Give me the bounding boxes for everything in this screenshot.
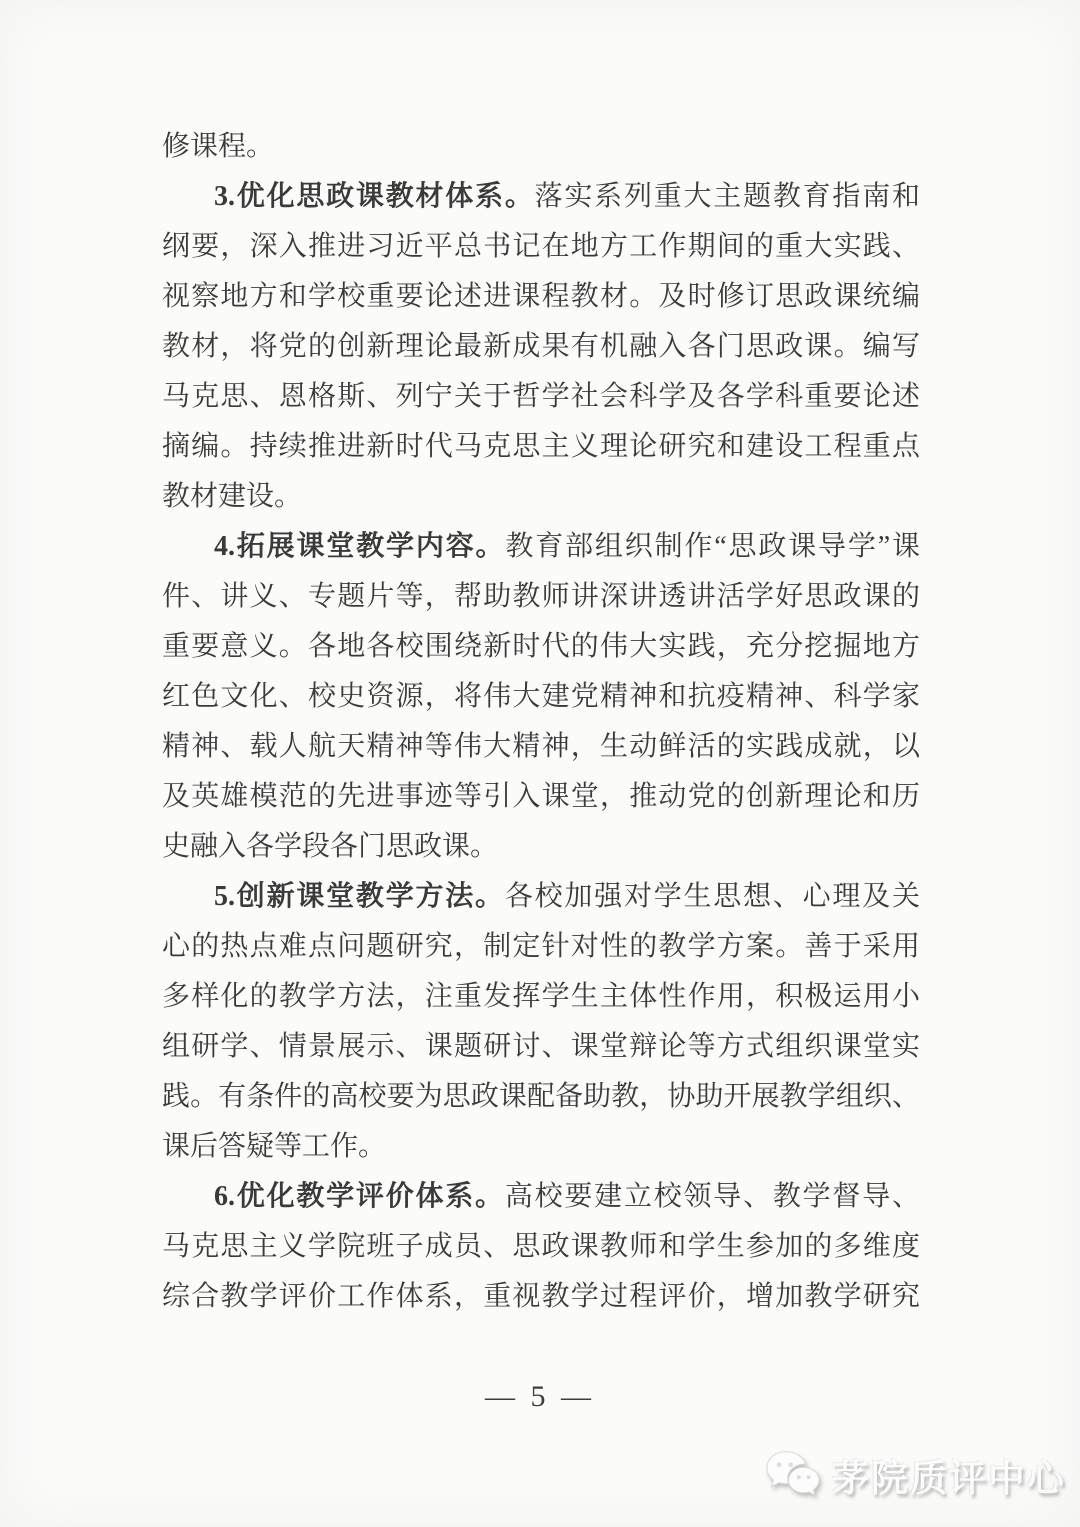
page-number: — 5 — [0, 1380, 1080, 1414]
text-line: 纲要，深入推进习近平总书记在地方工作期间的重大实践、 [162, 222, 920, 272]
paragraph-text: 落实系列重大主题教育指南和 [535, 181, 920, 212]
text-line: 及英雄模范的先进事迹等引入课堂，推动党的创新理论和历 [162, 772, 920, 822]
paragraph-text: 教育部组织制作“思政课导学”课 [505, 531, 920, 562]
text-line: 课后答疑等工作。 [162, 1122, 920, 1172]
paragraph-lead: 5.创新课堂教学方法。 [214, 881, 505, 912]
text-line: 修课程。 [162, 122, 920, 172]
text-line: 重要意义。各地各校围绕新时代的伟大实践，充分挖掘地方 [162, 622, 920, 672]
text-line: 精神、载人航天精神等伟大精神，生动鲜活的实践成就，以 [162, 722, 920, 772]
paragraph-lead: 4.拓展课堂教学内容。 [214, 531, 505, 562]
text-line: 组研学、情景展示、课题研讨、课堂辩论等方式组织课堂实 [162, 1022, 920, 1072]
text-line: 3.优化思政课教材体系。落实系列重大主题教育指南和 [162, 172, 920, 222]
text-line: 6.优化教学评价体系。高校要建立校领导、教学督导、 [162, 1172, 920, 1222]
document-page: 修课程。 3.优化思政课教材体系。落实系列重大主题教育指南和 纲要，深入推进习近… [0, 0, 1080, 1527]
paragraph-lead: 3.优化思政课教材体系。 [214, 181, 535, 212]
text-line: 马克思主义学院班子成员、思政课教师和学生参加的多维度 [162, 1222, 920, 1272]
text-line: 马克思、恩格斯、列宁关于哲学社会科学及各学科重要论述 [162, 372, 920, 422]
wechat-icon [764, 1449, 822, 1501]
text-line: 4.拓展课堂教学内容。教育部组织制作“思政课导学”课 [162, 522, 920, 572]
text-line: 红色文化、校史资源，将伟大建党精神和抗疫精神、科学家 [162, 672, 920, 722]
text-line: 史融入各学段各门思政课。 [162, 822, 920, 872]
paragraph-lead: 6.优化教学评价体系。 [214, 1181, 505, 1212]
text-line: 心的热点难点问题研究，制定针对性的教学方案。善于采用 [162, 922, 920, 972]
watermark: 茅院质评中心 [764, 1448, 1066, 1502]
text-line: 践。有条件的高校要为思政课配备助教，协助开展教学组织、 [162, 1072, 920, 1122]
document-text-block: 修课程。 3.优化思政课教材体系。落实系列重大主题教育指南和 纲要，深入推进习近… [162, 122, 920, 1322]
paragraph-text: 各校加强对学生思想、心理及关 [505, 881, 920, 912]
text-line: 教材建设。 [162, 472, 920, 522]
text-line: 教材，将党的创新理论最新成果有机融入各门思政课。编写 [162, 322, 920, 372]
text-line: 件、讲义、专题片等，帮助教师讲深讲透讲活学好思政课的 [162, 572, 920, 622]
text-line: 摘编。持续推进新时代马克思主义理论研究和建设工程重点 [162, 422, 920, 472]
text-line: 多样化的教学方法，注重发挥学生主体性作用，积极运用小 [162, 972, 920, 1022]
paragraph-text: 高校要建立校领导、教学督导、 [505, 1181, 920, 1212]
watermark-label: 茅院质评中心 [832, 1448, 1066, 1502]
text-line: 视察地方和学校重要论述进课程教材。及时修订思政课统编 [162, 272, 920, 322]
text-line: 综合教学评价工作体系，重视教学过程评价，增加教学研究 [162, 1272, 920, 1322]
text-line: 5.创新课堂教学方法。各校加强对学生思想、心理及关 [162, 872, 920, 922]
